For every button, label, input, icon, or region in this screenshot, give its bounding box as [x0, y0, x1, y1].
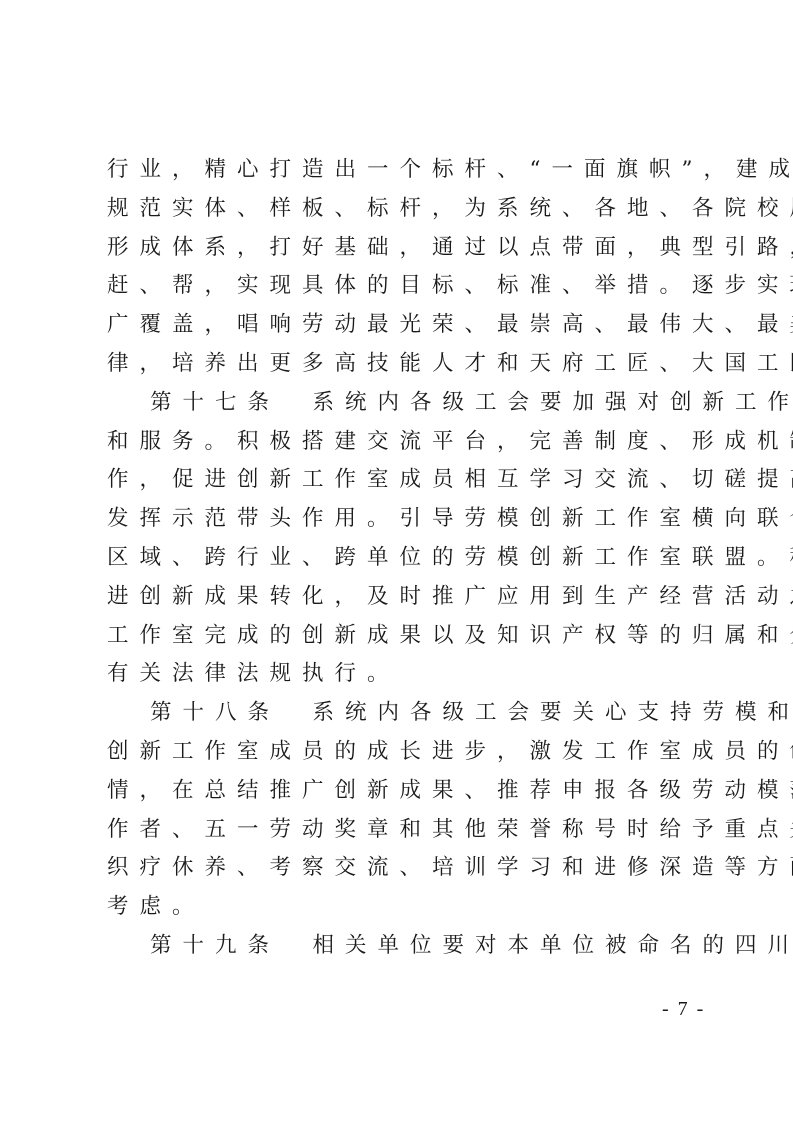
text-line: 织疗休养、考察交流、培训学习和进修深造等方面给予优先: [107, 849, 699, 888]
text-line: 行业，精心打造出一个标杆、“一面旗帜”，建成实实在在的: [107, 151, 699, 190]
body-text: 行业，精心打造出一个标杆、“一面旗帜”，建成实实在在的 规范实体、样板、标杆，为…: [107, 151, 699, 966]
text-line: 进创新成果转化，及时推广应用到生产经营活动之中。创新: [107, 578, 699, 617]
text-line: 作，促进创新工作室成员相互学习交流、切磋提高，更好地: [107, 461, 699, 500]
text-line: 和服务。积极搭建交流平台，完善制度、形成机制、规范运: [107, 423, 699, 462]
text-line: 规范实体、样板、标杆，为系统、各地、各院校层层推选，: [107, 190, 699, 229]
page-number: - 7 -: [662, 998, 705, 1021]
text-line: 情，在总结推广创新成果、推荐申报各级劳动模范和先进工: [107, 772, 699, 811]
text-line: 创新工作室成员的成长进步，激发工作室成员的创新创造热: [107, 733, 699, 772]
article-17-heading-line: 第十七条 系统内各级工会要加强对创新工作室的指导: [107, 384, 699, 423]
text-line: 形成体系，打好基础，通过以点带面，典型引路，比、学、: [107, 229, 699, 268]
article-18-heading-line: 第十八条 系统内各级工会要关心支持劳模和技能人才: [107, 694, 699, 733]
text-line: 广覆盖，唱响劳动最光荣、最崇高、最伟大、最美丽的主旋: [107, 306, 699, 345]
text-line: 区域、跨行业、跨单位的劳模创新工作室联盟。积极帮助促: [107, 539, 699, 578]
text-line: 考虑。: [107, 888, 699, 927]
text-line: 工作室完成的创新成果以及知识产权等的归属和分割，按照: [107, 617, 699, 656]
text-line: 赶、帮，实现具体的目标、标准、举措。逐步实现全覆盖、: [107, 267, 699, 306]
text-line: 律，培养出更多高技能人才和天府工匠、大国工匠。: [107, 345, 699, 384]
text-line: 有关法律法规执行。: [107, 655, 699, 694]
document-page: 行业，精心打造出一个标杆、“一面旗帜”，建成实实在在的 规范实体、样板、标杆，为…: [0, 0, 793, 1122]
text-line: 作者、五一劳动奖章和其他荣誉称号时给予重点关注；在组: [107, 811, 699, 850]
text-line: 发挥示范带头作用。引导劳模创新工作室横向联合，组建跨: [107, 500, 699, 539]
article-19-heading-line: 第十九条 相关单位要对本单位被命名的四川省教科文: [107, 927, 699, 966]
